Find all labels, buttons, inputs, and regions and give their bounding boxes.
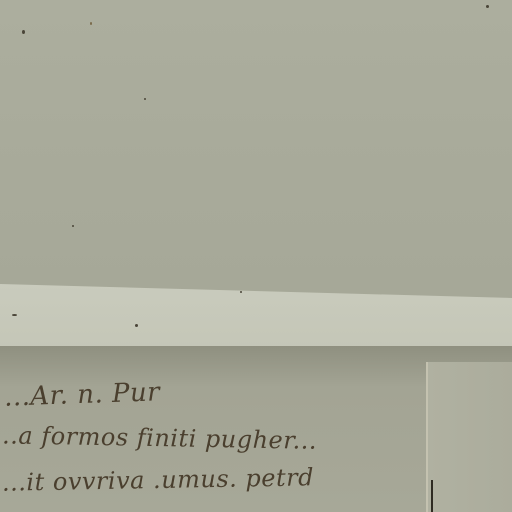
fold-shadow [431, 480, 433, 512]
paper-speck [135, 324, 138, 327]
handwriting-line-2: ...a formos finiti pugher... [0, 421, 317, 455]
folded-paper-edge [426, 362, 512, 512]
top-paper-sheet [0, 0, 512, 300]
handwriting-line-3: ...it ovvriva .umus. petrd [2, 463, 314, 496]
paper-speck [72, 225, 74, 227]
paper-speck [22, 30, 25, 34]
handwriting-line-1: ...Ar. n. Pur [4, 377, 161, 412]
paper-speck [90, 22, 92, 25]
paper-speck [240, 291, 242, 293]
paper-speck [144, 98, 146, 100]
paper-speck [486, 5, 489, 8]
paper-speck [12, 314, 17, 316]
